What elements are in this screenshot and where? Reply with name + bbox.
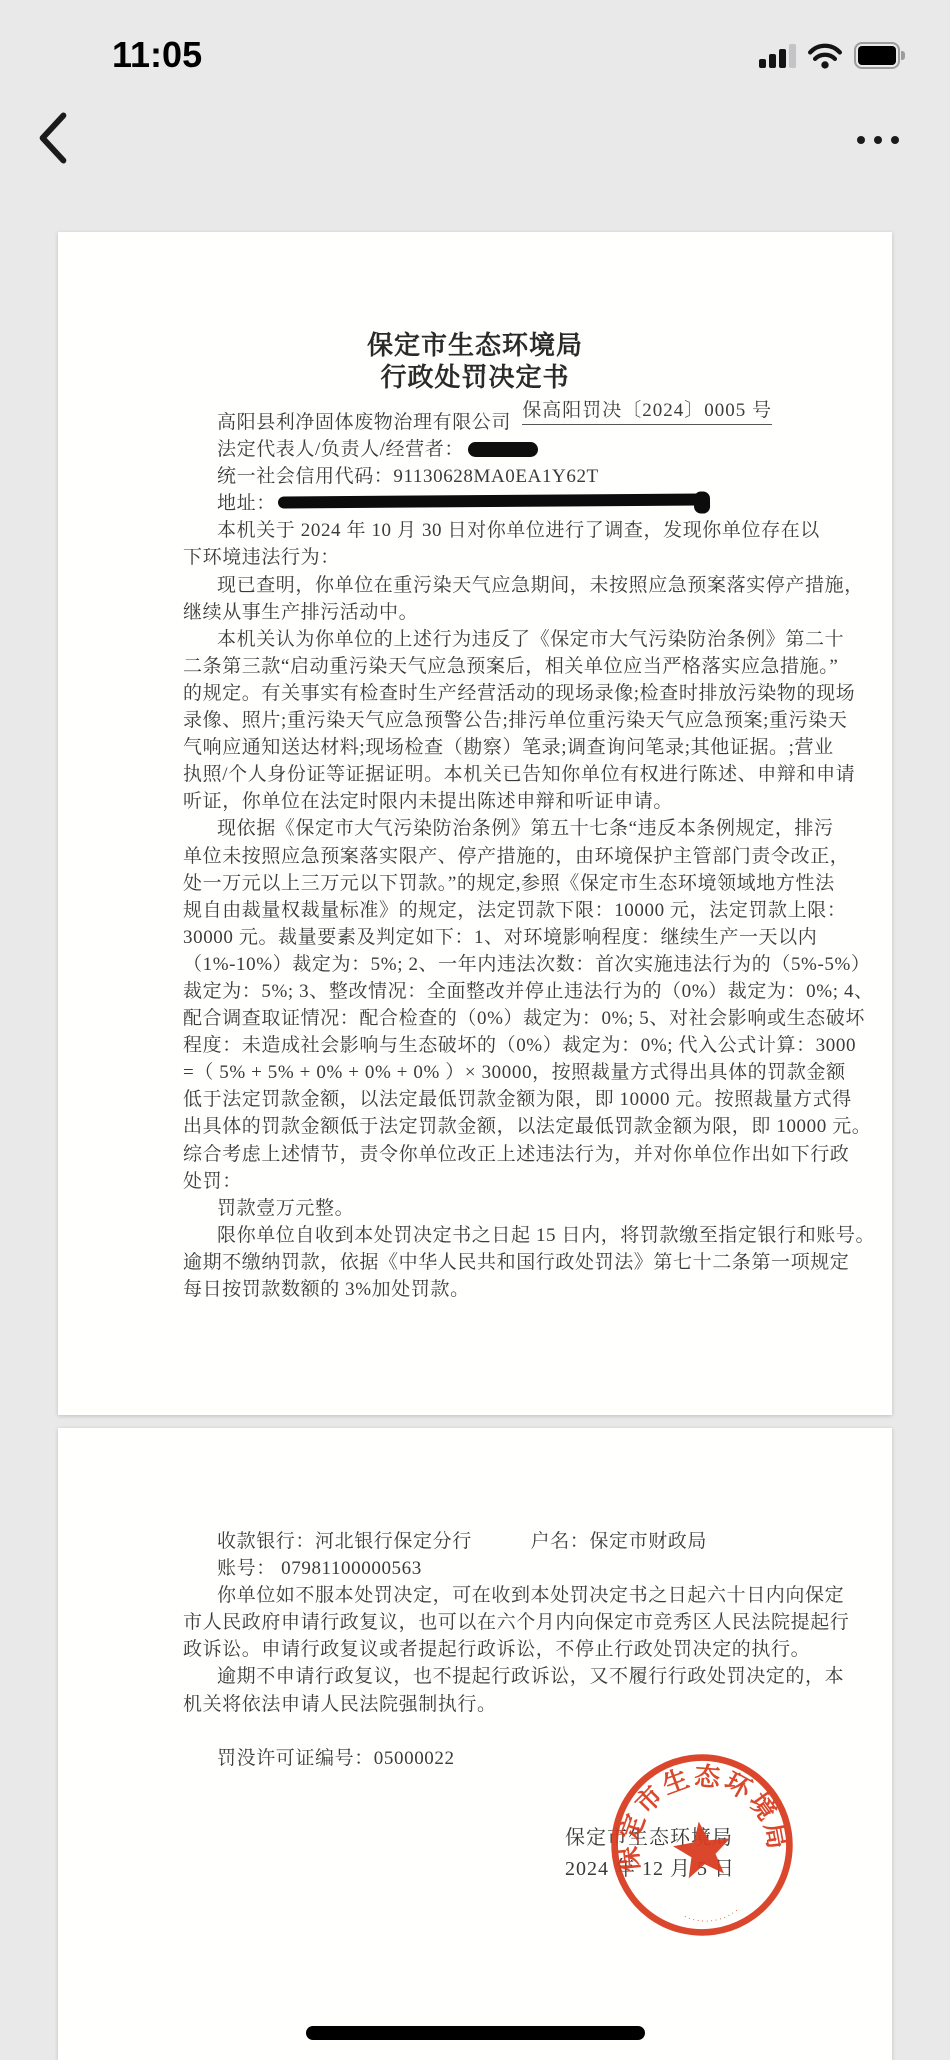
doc-line: 你单位如不服本处罚决定，可在收到本处罚决定书之日起六十日内向保定 (183, 1582, 852, 1609)
document-title-line2: 行政处罚决定书 (58, 362, 892, 394)
cellular-signal-icon (759, 44, 796, 68)
doc-line: 统一社会信用代码：91130628MA0EA1Y62T (183, 463, 852, 490)
ellipsis-icon (852, 133, 904, 147)
doc-line: 听证，你单位在法定时限内未提出陈述申辩和听证申请。 (183, 788, 852, 815)
doc-line: 单位未按照应急预案落实限产、停产措施的，由环境保护主管部门责令改正， (183, 843, 852, 870)
phone-screen: 11:05 (0, 0, 950, 2060)
doc-line: 裁定为：5%; 3、整改情况：全面整改并停止违法行为的（0%）裁定为：0%; 4… (183, 978, 852, 1005)
battery-icon (854, 42, 908, 69)
doc-line: 规自由裁量权裁量标准》的规定，法定罚款下限：10000 元，法定罚款上限： (183, 897, 852, 924)
doc-line: 的规定。有关事实有检查时生产经营活动的现场录像;检查时排放污染物的现场 (183, 680, 852, 707)
wifi-icon (808, 43, 842, 69)
clock-time: 11:05 (112, 34, 202, 76)
doc-line: 出具体的罚款金额低于法定罚款金额，以法定最低罚款金额为限，即 10000 元。 (183, 1113, 852, 1140)
doc-line: 综合考虑上述情节，责令你单位改正上述违法行为，并对你单位作出如下行政 (183, 1141, 852, 1168)
official-seal: 保定市生态环境局 ············· (595, 1738, 810, 1953)
doc-line: 每日按罚款数额的 3%加处罚款。 (183, 1276, 852, 1303)
document-title: 保定市生态环境局 行政处罚决定书 (58, 330, 892, 394)
doc-line: 现已查明，你单位在重污染天气应急期间，未按照应急预案落实停产措施， (183, 572, 852, 599)
doc-line: 气响应通知送达材料;现场检查（勘察）笔录;调查询问笔录;其他证据。;营业 (183, 734, 852, 761)
document-page-1[interactable]: 保定市生态环境局 行政处罚决定书 保高阳罚决〔2024〕0005 号 高阳县利净… (58, 232, 892, 1415)
doc-line: 下环境违法行为： (183, 544, 852, 571)
doc-line: 程度：未造成社会影响与生态破坏的（0%）裁定为：0%; 代入公式计算：3000 (183, 1032, 852, 1059)
back-button[interactable] (36, 112, 84, 168)
doc-line (183, 1718, 852, 1745)
home-indicator[interactable] (306, 2026, 645, 2040)
doc-line: 机关将依法申请人民法院强制执行。 (183, 1691, 852, 1718)
doc-line: 低于法定罚款金额，以法定最低罚款金额为限，即 10000 元。按照裁量方式得 (183, 1086, 852, 1113)
chevron-left-icon (36, 112, 70, 164)
doc-line: 地址： (183, 490, 852, 517)
document-title-line1: 保定市生态环境局 (58, 330, 892, 362)
doc-line: 收款银行：河北银行保定分行 户名：保定市财政局 (183, 1528, 852, 1555)
doc-line: 高阳县利净固体废物治理有限公司 (183, 409, 852, 436)
nav-bar (0, 100, 950, 200)
document-body-page2: 收款银行：河北银行保定分行 户名：保定市财政局账号： 0798110000056… (183, 1528, 852, 1772)
document-page-2[interactable]: 收款银行：河北银行保定分行 户名：保定市财政局账号： 0798110000056… (58, 1428, 892, 2060)
doc-line: 罚款壹万元整。 (183, 1195, 852, 1222)
doc-line: 二条第三款“启动重污染天气应急预案后，相关单位应当严格落实应急措施。” (183, 653, 852, 680)
doc-line: 处一万元以上三万元以下罚款。”的规定,参照《保定市生态环境领域地方性法 (183, 870, 852, 897)
doc-line: （1%-10%）裁定为：5%; 2、一年内违法次数：首次实施违法行为的（5%-5… (183, 951, 852, 978)
doc-line: 账号： 07981100000563 (183, 1555, 852, 1582)
doc-line: 政诉讼。申请行政复议或者提起行政诉讼，不停止行政处罚决定的执行。 (183, 1636, 852, 1663)
document-body-page1: 高阳县利净固体废物治理有限公司法定代表人/负责人/经营者：统一社会信用代码：91… (183, 409, 852, 1303)
doc-line: 限你单位自收到本处罚决定书之日起 15 日内，将罚款缴至指定银行和账号。 (183, 1222, 852, 1249)
more-options-button[interactable] (850, 124, 906, 156)
redaction-mark (468, 442, 538, 457)
doc-line: =（ 5% + 5% + 0% + 0% + 0% ）× 30000，按照裁量方… (183, 1059, 852, 1086)
doc-line: 录像、照片;重污染天气应急预警公告;排污单位重污染天气应急预案;重污染天 (183, 707, 852, 734)
doc-line: 继续从事生产排污活动中。 (183, 599, 852, 626)
redaction-mark (278, 494, 706, 509)
seal-star-icon (670, 1817, 735, 1880)
status-bar: 11:05 (0, 0, 950, 100)
doc-line: 执照/个人身份证等证据证明。本机关已告知你单位有权进行陈述、申辩和申请 (183, 761, 852, 788)
doc-line: 配合调查取证情况：配合检查的（0%）裁定为：0%; 5、对社会影响或生态破坏 (183, 1005, 852, 1032)
doc-line: 本机关认为你单位的上述行为违反了《保定市大气污染防治条例》第二十 (183, 626, 852, 653)
doc-line: 处罚： (183, 1168, 852, 1195)
doc-line: 市人民政府申请行政复议，也可以在六个月内向保定市竞秀区人民法院提起行 (183, 1609, 852, 1636)
doc-line: 本机关于 2024 年 10 月 30 日对你单位进行了调查，发现你单位存在以 (183, 517, 852, 544)
doc-line: 法定代表人/负责人/经营者： (183, 436, 852, 463)
doc-line: 30000 元。裁量要素及判定如下：1、对环境影响程度：继续生产一天以内 (183, 924, 852, 951)
status-icons (759, 42, 908, 69)
doc-line: 现依据《保定市大气污染防治条例》第五十七条“违反本条例规定，排污 (183, 815, 852, 842)
doc-line: 逾期不申请行政复议，也不提起行政诉讼，又不履行行政处罚决定的，本 (183, 1663, 852, 1690)
doc-line: 逾期不缴纳罚款，依据《中华人民共和国行政处罚法》第七十二条第一项规定 (183, 1249, 852, 1276)
